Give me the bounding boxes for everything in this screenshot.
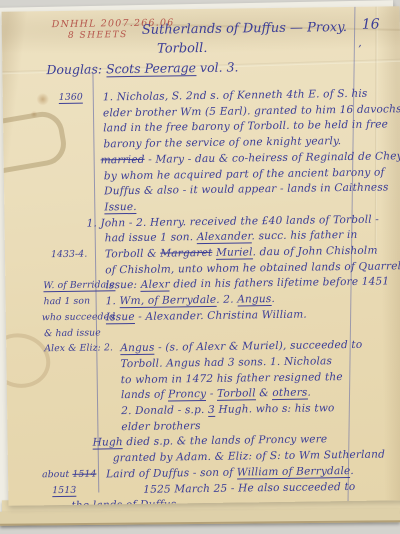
line-text: issue: Alexr died in his fathers lifetim… bbox=[105, 276, 389, 292]
text-segment: elder brothers bbox=[121, 420, 200, 433]
text-segment: Wm, of Berrydale bbox=[119, 294, 216, 308]
line-text: Torboll. Angus had 3 sons. 1. Nicholas bbox=[120, 355, 332, 370]
text-segment: 1513 bbox=[52, 484, 76, 496]
text-segment: Angus bbox=[120, 342, 154, 355]
text-segment: Margaret bbox=[160, 247, 212, 260]
text-segment: Muriel bbox=[216, 246, 253, 260]
margin-note: 1433-4. bbox=[51, 249, 88, 261]
text-segment: 1525 March 25 - He also succeeded to bbox=[143, 480, 355, 495]
margin-note: about 1514 bbox=[42, 468, 97, 480]
margin-note: 1513 bbox=[52, 484, 76, 495]
text-segment: - Alexander. Christina William. bbox=[135, 308, 307, 322]
line-text: Angus - (s. of Alexr & Muriel), succeede… bbox=[120, 339, 362, 354]
text-segment: barony for the service of one knight yea… bbox=[103, 135, 341, 150]
line-text: lands of Proncy - Torboll & others. bbox=[121, 387, 311, 402]
margin-note: 1360 bbox=[59, 92, 83, 103]
text-segment: Laird of Duffus - son of bbox=[106, 466, 237, 480]
text-segment: W. of Berridale bbox=[43, 280, 115, 293]
text-segment: Alexander bbox=[197, 231, 252, 245]
line-text: 2. Donald - s.p. 3 Hugh. who s: his two bbox=[121, 402, 335, 417]
text-segment: granted by Adam. & Eliz: of S: to Wm Sut… bbox=[113, 449, 385, 465]
text-segment: & had issue bbox=[44, 327, 101, 339]
text-segment: died s.p. & the lands of Proncy were bbox=[123, 434, 328, 449]
line-text: Issue - Alexander. Christina William. bbox=[106, 308, 307, 323]
line-text: had issue 1 son. Alexander. succ. his fa… bbox=[105, 229, 358, 245]
text-segment: lands of bbox=[121, 389, 168, 402]
line-text: land in the free barony of Torboll. to b… bbox=[103, 119, 388, 135]
text-segment: Proncy bbox=[168, 388, 206, 402]
text-segment: Alex & Eliz: 2. bbox=[44, 342, 113, 354]
line-text: elder brothers bbox=[121, 420, 200, 433]
text-segment: Torboll bbox=[217, 388, 256, 402]
text-segment: 1433-4. bbox=[51, 249, 88, 261]
line-text: Duffus & also - it would appear - lands … bbox=[104, 182, 389, 198]
text-segment: . bbox=[271, 293, 275, 305]
line-text: granted by Adam. & Eliz: of S: to Wm Sut… bbox=[113, 449, 385, 465]
text-segment: - bbox=[206, 388, 217, 400]
margin-note: & had issue bbox=[44, 327, 101, 339]
text-segment: 2. Donald - s.p. bbox=[121, 404, 208, 417]
text-segment: to whom in 1472 his father resigned the bbox=[121, 371, 343, 386]
text-segment: - Mary - dau & co-heiress of Reginald de… bbox=[145, 150, 400, 166]
text-segment: 1. bbox=[106, 295, 120, 307]
line-text: Issue. bbox=[104, 201, 137, 213]
text-segment: by whom he acquired part of the ancient … bbox=[104, 166, 385, 182]
text-segment: Issue bbox=[106, 311, 135, 324]
line-text: Torboll & Margaret Muriel. dau of John C… bbox=[105, 245, 378, 261]
text-segment: had issue 1 son. bbox=[105, 231, 197, 244]
line-text: 1. Nicholas, S. 2nd s. of Kenneth 4th E.… bbox=[103, 88, 368, 104]
text-segment: Angus bbox=[237, 293, 271, 306]
text-segment: Torboll. Angus had 3 sons. 1. Nicholas bbox=[120, 355, 332, 370]
margin-note: had 1 son bbox=[44, 296, 91, 308]
manuscript-paper: DNHHL 2007.266.06 8 SHEETS Sutherlands o… bbox=[2, 6, 400, 506]
text-segment: 1. Nicholas, S. 2nd s. of Kenneth 4th E.… bbox=[103, 88, 368, 104]
text-segment: land in the free barony of Torboll. to b… bbox=[103, 119, 388, 135]
text-segment: died in his fathers lifetime before 1451 bbox=[170, 276, 390, 291]
text-segment: 1360 bbox=[59, 92, 83, 104]
margin-note: Alex & Eliz: 2. bbox=[44, 342, 113, 354]
text-segment: Duffus & also - it would appear - lands … bbox=[104, 182, 389, 198]
text-segment: Hugh bbox=[93, 437, 123, 450]
text-segment: Alexr bbox=[141, 279, 170, 292]
margin-note: who succeeded bbox=[42, 311, 116, 323]
margin-note: W. of Berridale bbox=[43, 280, 115, 292]
text-segment: had 1 son bbox=[44, 296, 91, 308]
text-segment: . dau of John Chisholm bbox=[253, 245, 378, 259]
line-text: Laird of Duffus - son of William of Berr… bbox=[106, 465, 354, 480]
text-segment: . bbox=[307, 387, 311, 399]
text-segment: about bbox=[42, 469, 73, 480]
line-text: to whom in 1472 his father resigned the bbox=[121, 371, 343, 386]
text-segment: . bbox=[350, 465, 354, 477]
text-segment: 1514 bbox=[72, 468, 96, 479]
text-segment: married bbox=[101, 154, 145, 167]
text-segment: Issue. bbox=[104, 201, 137, 214]
line-text: 1525 March 25 - He also succeeded to bbox=[143, 480, 355, 495]
text-segment: Torboll & bbox=[105, 248, 160, 261]
line-text: Hugh died s.p. & the lands of Proncy wer… bbox=[93, 434, 328, 449]
text-segment: - (s. of Alexr & Muriel), succeeded to bbox=[154, 339, 362, 354]
text-segment: others bbox=[272, 387, 307, 400]
text-segment: . succ. his father in bbox=[251, 229, 357, 242]
line-text: 1. Wm, of Berrydale. 2. Angus. bbox=[106, 293, 276, 307]
text-segment: who succeeded bbox=[42, 311, 116, 323]
line-text: barony for the service of one knight yea… bbox=[103, 135, 341, 150]
sheet-stack-edge bbox=[0, 508, 400, 525]
scanned-document-view: DNHHL 2007.266.06 8 SHEETS Sutherlands o… bbox=[0, 0, 400, 534]
text-segment: William of Berrydale bbox=[237, 465, 351, 480]
text-segment: Hugh. who s: his two bbox=[215, 402, 335, 416]
line-text: by whom he acquired part of the ancient … bbox=[104, 166, 385, 182]
text-segment: . 2. bbox=[216, 294, 237, 306]
text-segment: issue: bbox=[105, 279, 141, 291]
handwritten-body: 13601. Nicholas, S. 2nd s. of Kenneth 4t… bbox=[2, 6, 400, 506]
text-segment: & bbox=[256, 387, 273, 399]
